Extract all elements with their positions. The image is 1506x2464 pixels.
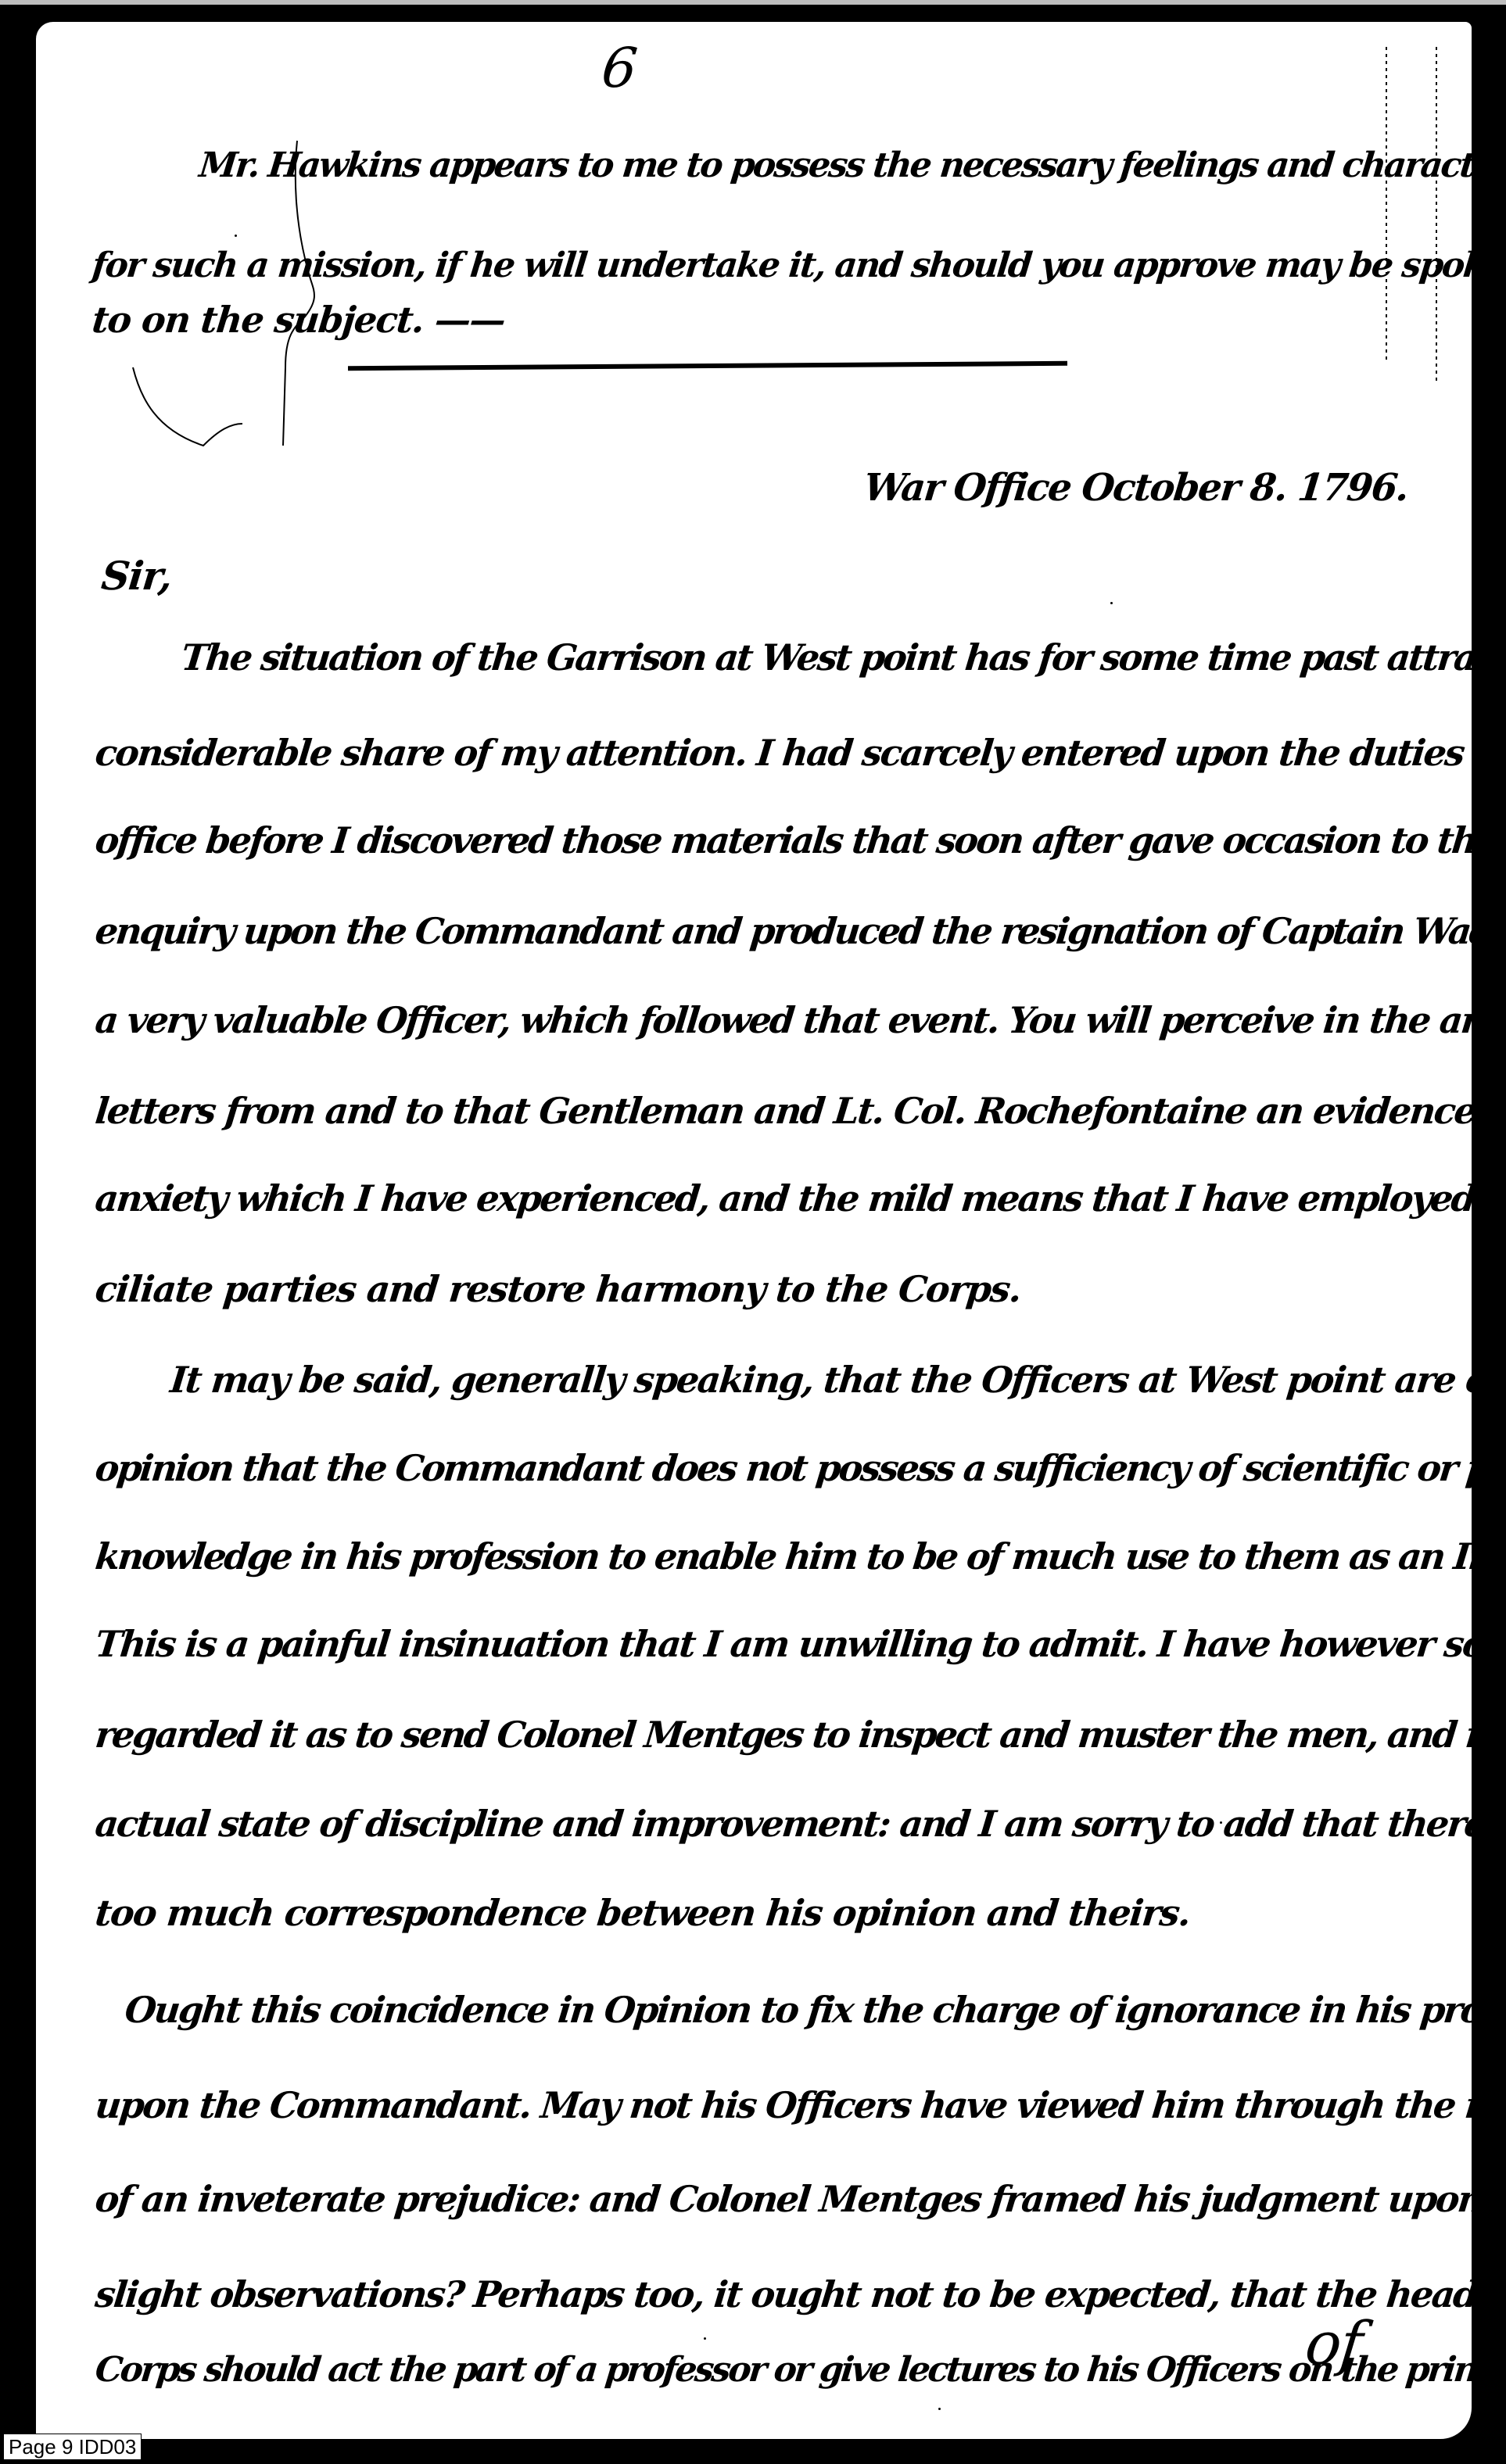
body-line-20: Corps should act the part of a professor… (94, 2353, 1506, 2387)
margin-bracket-icon (117, 133, 352, 461)
body-line-14: actual state of discipline and improveme… (94, 1806, 1506, 1842)
scan-speck (704, 2337, 706, 2340)
body-line-11: knowledge in his profession to enable hi… (94, 1538, 1506, 1574)
body-line-16: Ought this coincidence in Opinion to fix… (124, 1992, 1506, 2028)
body-line-9: It may be said, generally speaking, that… (169, 1362, 1504, 1398)
body-line-12: This is a painful insinuation that I am … (94, 1626, 1506, 1662)
page-id-label: Page 9 IDD03 (3, 2434, 142, 2460)
body-line-7: anxiety which I have experienced, and th… (94, 1180, 1506, 1216)
body-line-15: too much correspondence between his opin… (94, 1895, 1192, 1931)
body-line-8: ciliate parties and restore harmony to t… (94, 1271, 1023, 1307)
body-line-1: The situation of the Garrison at West po… (180, 639, 1506, 675)
body-line-10: opinion that the Commandant does not pos… (94, 1450, 1506, 1486)
body-line-17: upon the Commandant. May not his Officer… (94, 2087, 1506, 2123)
body-line-6: letters from and to that Gentleman and L… (94, 1093, 1506, 1129)
scan-speck (1220, 1821, 1222, 1824)
body-line-4: enquiry upon the Commandant and produced… (94, 913, 1506, 949)
margin-line (1436, 47, 1437, 383)
body-line-5: a very valuable Officer, which followed … (94, 1002, 1506, 1038)
intro-line-1: Mr. Hawkins appears to me to possess the… (198, 149, 1506, 183)
body-line-13: regarded it as to send Colonel Mentges t… (94, 1717, 1506, 1753)
page-number: 6 (599, 41, 638, 95)
scan-speck (1110, 602, 1113, 604)
dateline: War Office October 8. 1796. (862, 469, 1409, 507)
body-line-19: slight observations? Perhaps too, it oug… (94, 2276, 1506, 2312)
scan-speck (938, 2408, 941, 2410)
catchword: of (1303, 2314, 1364, 2373)
salutation: Sir, (99, 557, 173, 596)
scan-speck (235, 235, 237, 237)
body-line-3: office before I discovered those materia… (94, 822, 1506, 858)
body-line-2: considerable share of my attention. I ha… (94, 735, 1506, 771)
margin-line (1386, 47, 1387, 360)
top-scan-edge (0, 0, 1506, 5)
body-line-18: of an inveterate prejudice: and Colonel … (94, 2181, 1506, 2217)
